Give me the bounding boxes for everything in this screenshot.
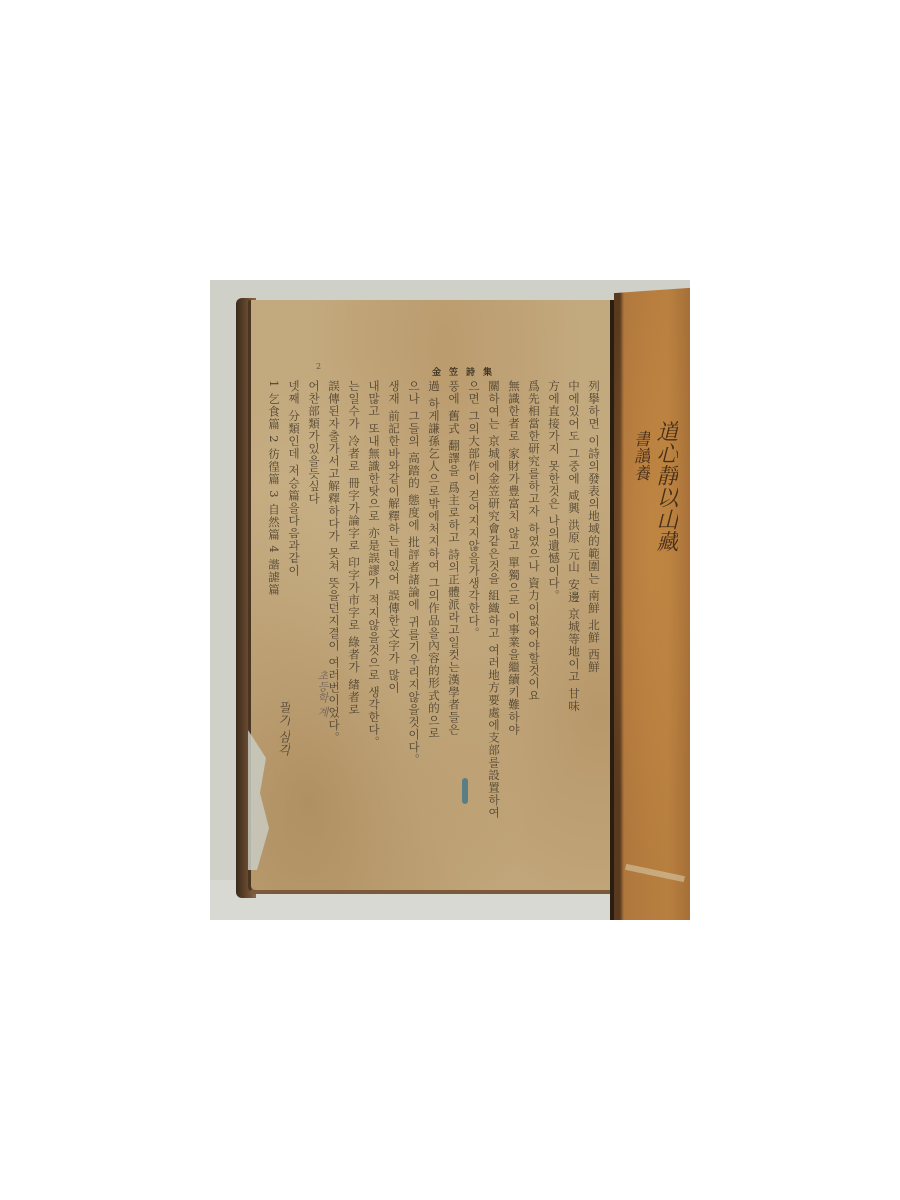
calligraphy-note: 書讀養 bbox=[628, 430, 653, 481]
text-column: 으나 그들의 高踏的 態度에 批評者諸論에 귀를기우리지않을것이다。 bbox=[407, 380, 421, 850]
text-column: 列擧하면 이詩의發表의地域的範圍는 南鮮 北鮮 西鮮 bbox=[587, 380, 601, 850]
text-column: 내많고 또내無識한탓으로 亦是誤謬가 적지않을것으로 생각한다。 bbox=[367, 380, 381, 850]
text-column: 爲先相當한研究를하고자 하였으나 資力이없어야할것이요 bbox=[527, 380, 541, 850]
handwritten-note: 필기 삼각 bbox=[273, 700, 292, 756]
text-column: 으면 그의大部作이 걷어지지않을가생각한다。 bbox=[467, 380, 481, 850]
text-column: 생재 前記한바와같이解釋하는데있어 誤傳한文字가 많이 bbox=[387, 380, 401, 850]
book-photograph: 金笠詩集 2 列擧하면 이詩의發表의地域的範圍는 南鮮 北鮮 西鮮 中에있어도 … bbox=[210, 280, 690, 920]
text-column: 關하여는 京城에金笠研究會같은것을 組織하고 여러地方要處에支部를設置하여 bbox=[487, 380, 501, 850]
page-number: 2 bbox=[316, 362, 321, 371]
text-column: 넷째 分類인데 저승篇을다음과같이 bbox=[287, 380, 301, 850]
adjacent-page-edge bbox=[614, 287, 690, 920]
calligraphy-note: 道心靜以山藏 bbox=[650, 420, 681, 552]
text-column: 1 乞食篇 2 彷徨篇 3 自然篇 4 諧謔篇 bbox=[267, 380, 281, 850]
blue-ink-mark bbox=[462, 778, 468, 804]
text-column: 過 하게謙孫乞人으로밖에처지하여 그의作品을內容的形式的으로 bbox=[427, 380, 441, 850]
text-column: 方에直接가지 못한것은 나의遺憾이다。 bbox=[547, 380, 561, 850]
running-head: 金笠詩集 bbox=[432, 365, 500, 378]
text-column: 어찬部類가있을듯싶다 bbox=[307, 380, 321, 850]
vertical-text-block: 列擧하면 이詩의發表의地域的範圍는 南鮮 北鮮 西鮮 中에있어도 그중에 咸興 … bbox=[305, 380, 601, 850]
handwritten-note: 초등학 계 bbox=[314, 670, 330, 718]
text-column: 無識한者로 家財가豊富치 않고 單獨으로 이事業을繼續키難하야 bbox=[507, 380, 521, 850]
text-column: 풍에 舊式 翻譯을 爲主로하고 詩의正體派라고일컷는漢學者들은 bbox=[447, 380, 461, 850]
text-column: 中에있어도 그중에 咸興 洪原 元山 安邊 京城等地이고 甘味 bbox=[567, 380, 581, 850]
text-column: 誤傳된자출가서고解釋하다가 못쳐 뜻을던지결이 여러번이었다。 bbox=[327, 380, 341, 850]
text-column: 는일수가 冷者로 冊字가論字로 印字가市字로 綠者가 緖者로 bbox=[347, 380, 361, 850]
